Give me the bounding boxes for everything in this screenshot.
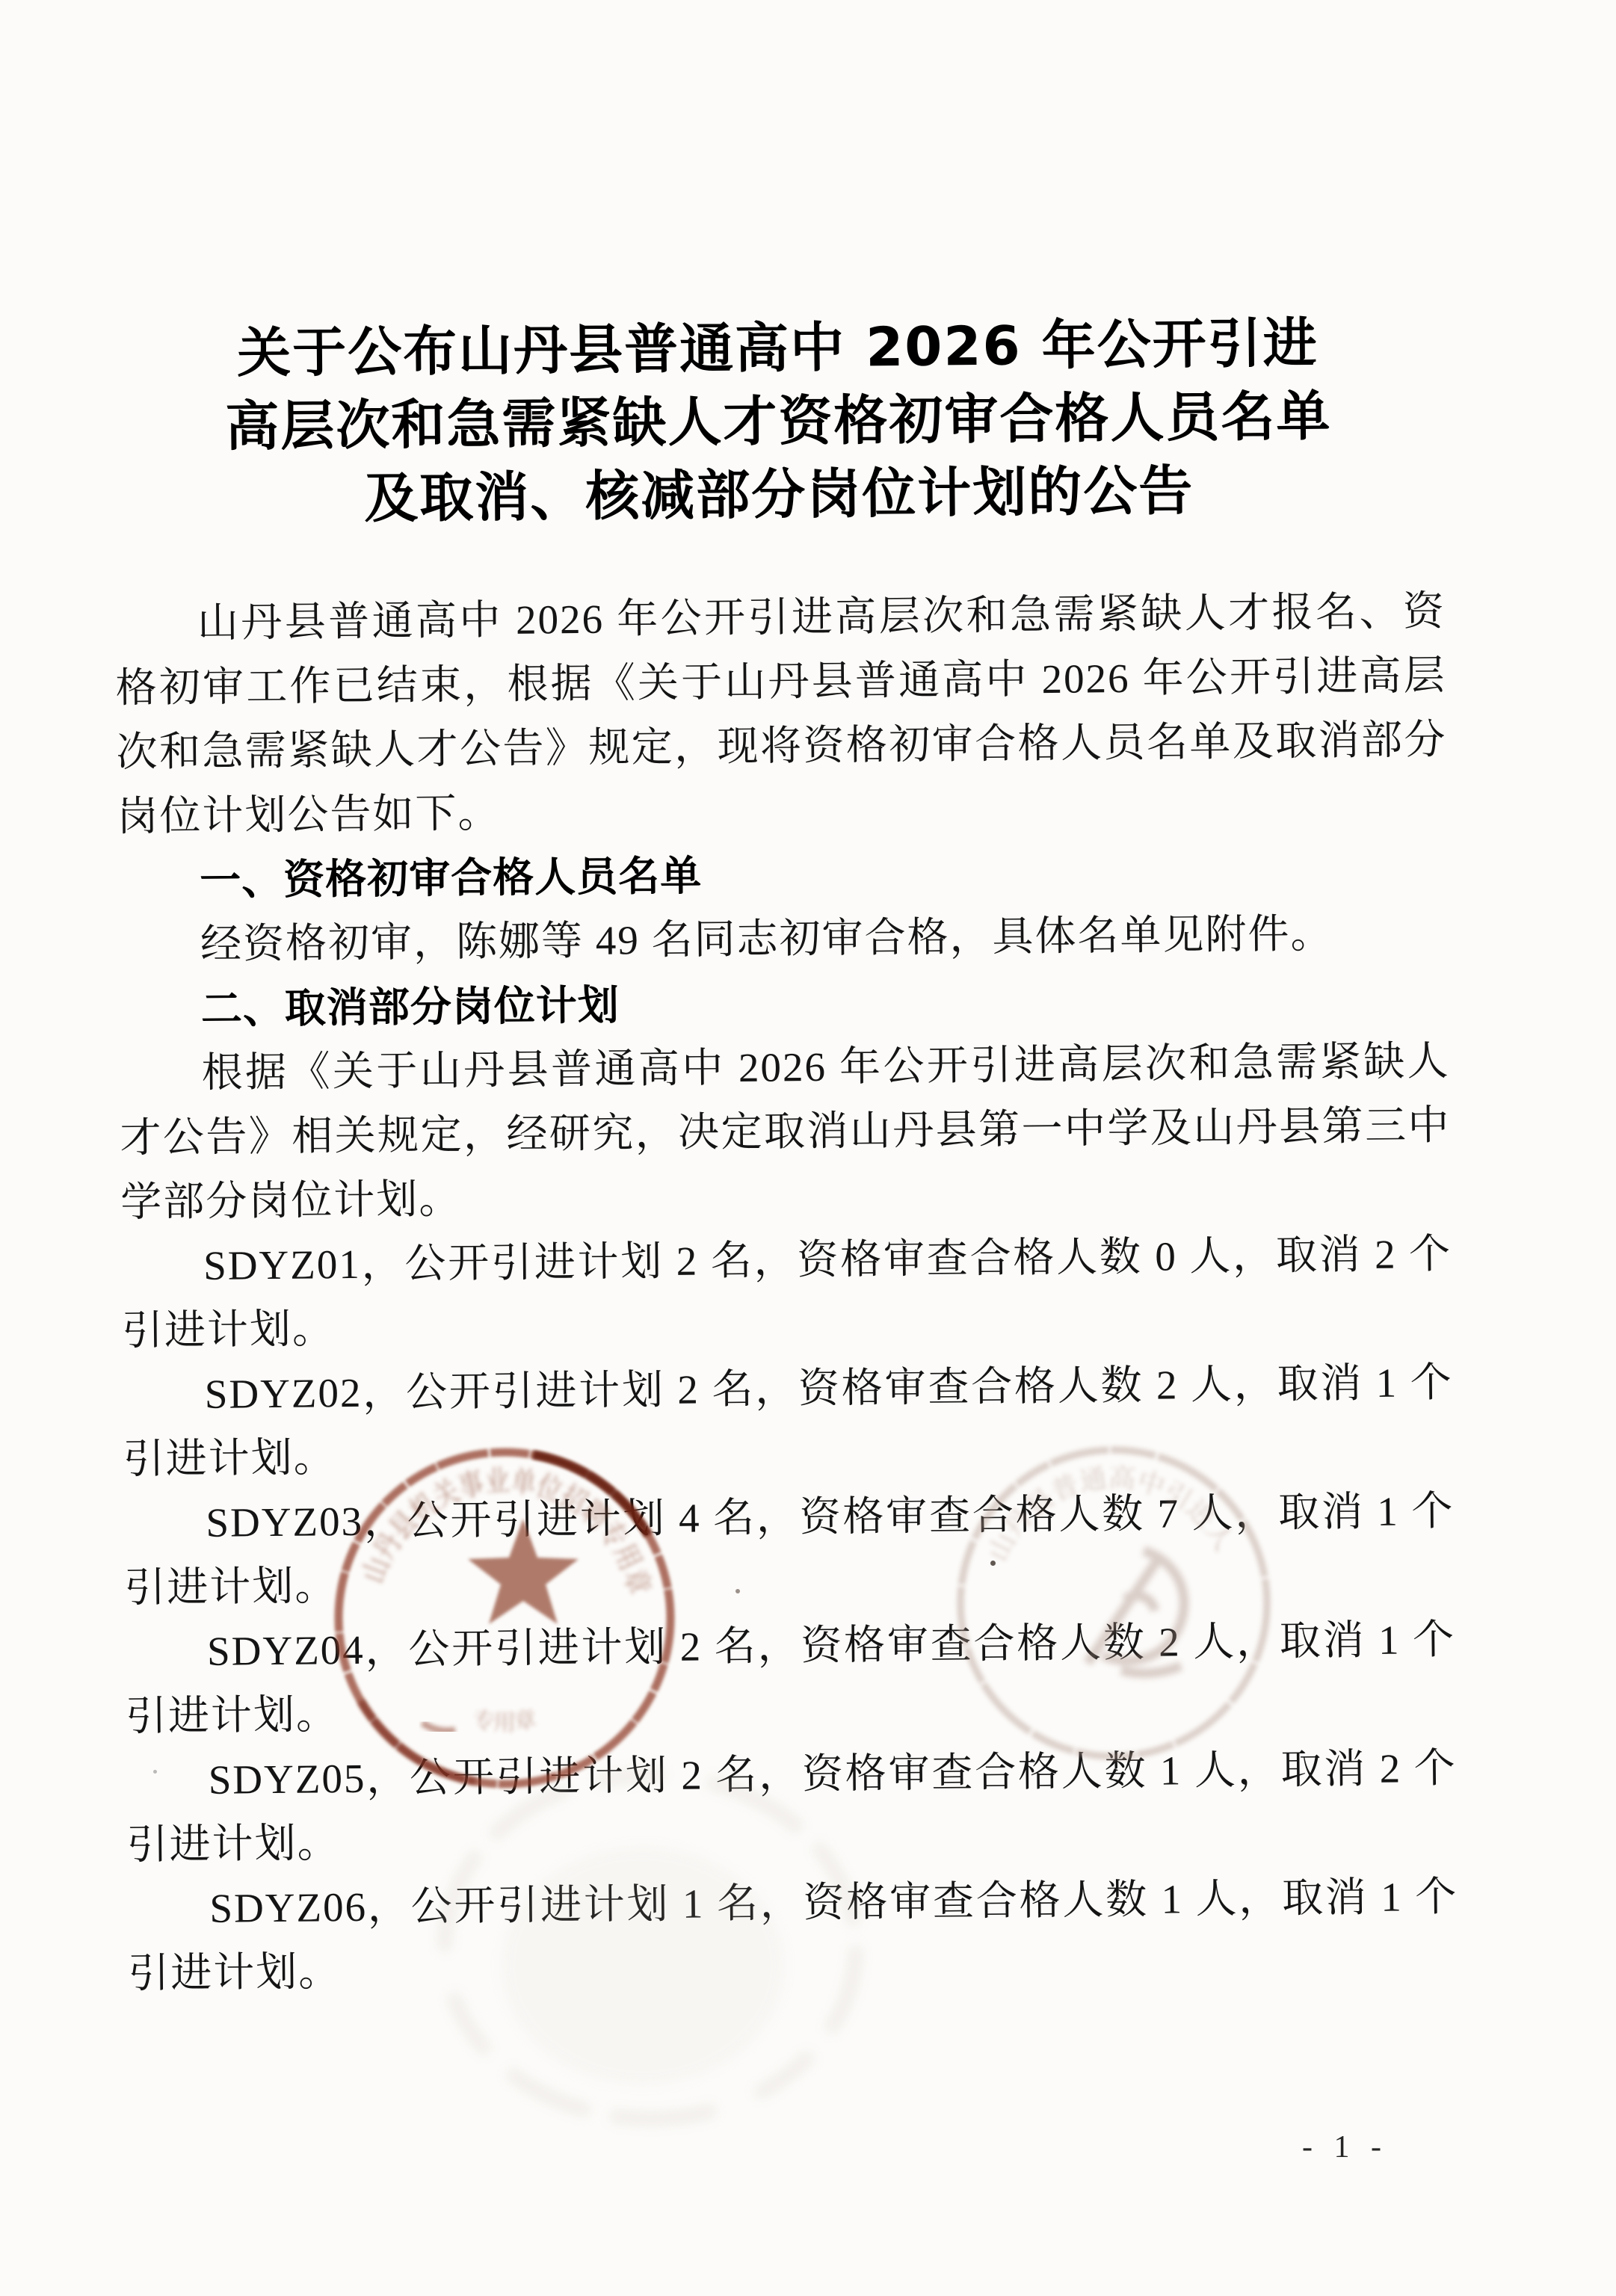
- scan-speck: [990, 1561, 996, 1566]
- title-line-2: 高层次和急需紧缺人才资格初审合格人员名单: [113, 378, 1444, 464]
- scan-speck: [735, 1589, 740, 1593]
- scan-speck: [153, 1770, 157, 1774]
- paragraph: SDYZ06，公开引进计划 1 名，资格审查合格人数 1 人，取消 1 个引进计…: [127, 1865, 1459, 2006]
- title-line-1: 关于公布山丹县普通高中 2026 年公开引进: [112, 305, 1443, 391]
- paragraph: 根据《关于山丹县普通高中 2026 年公开引进高层次和急需紧缺人才公告》相关规定…: [119, 1029, 1451, 1235]
- paragraph: SDYZ04，公开引进计划 2 名，资格审查合格人数 2 人，取消 1 个引进计…: [125, 1608, 1457, 1749]
- paragraph: 经资格初审，陈娜等 49 名同志初审合格，具体名单见附件。: [118, 901, 1449, 978]
- document-content: 关于公布山丹县普通高中 2026 年公开引进 高层次和急需紧缺人才资格初审合格人…: [112, 305, 1459, 2006]
- paragraph: SDYZ05，公开引进计划 2 名，资格审查合格人数 1 人，取消 2 个引进计…: [126, 1736, 1458, 1877]
- paragraph: SDYZ02，公开引进计划 2 名，资格审查合格人数 2 人，取消 1 个引进计…: [122, 1351, 1454, 1492]
- paragraph: SDYZ01，公开引进计划 2 名，资格审查合格人数 0 人，取消 2 个引进计…: [121, 1222, 1453, 1363]
- paragraph: SDYZ03，公开引进计划 4 名，资格审查合格人数 7 人，取消 1 个引进计…: [123, 1479, 1455, 1620]
- title-line-3: 及取消、核减部分岗位计划的公告: [114, 451, 1445, 537]
- page-number: - 1 -: [1302, 2132, 1388, 2163]
- paragraph: 山丹县普通高中 2026 年公开引进高层次和急需紧缺人才报名、资格初审工作已结束…: [115, 579, 1448, 849]
- document-body: 山丹县普通高中 2026 年公开引进高层次和急需紧缺人才报名、资格初审工作已结束…: [115, 579, 1459, 2006]
- scanned-document-page: 关于公布山丹县普通高中 2026 年公开引进 高层次和急需紧缺人才资格初审合格人…: [0, 0, 1616, 2296]
- document-title: 关于公布山丹县普通高中 2026 年公开引进 高层次和急需紧缺人才资格初审合格人…: [112, 305, 1445, 537]
